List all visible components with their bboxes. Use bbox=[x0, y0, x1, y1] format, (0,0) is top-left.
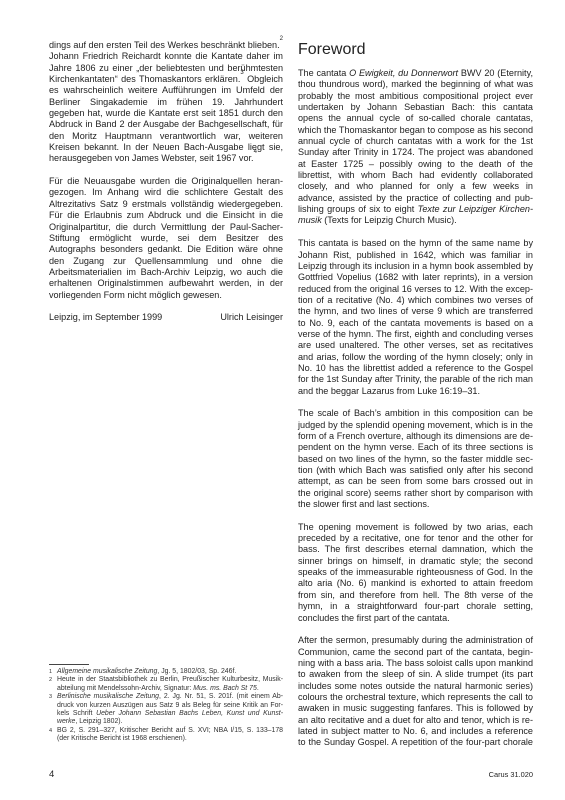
footnote-ref-2[interactable]: 2 bbox=[280, 36, 283, 42]
footnote-2: 2 Heute in der Staatsbibliothek zu Berli… bbox=[49, 676, 283, 693]
signature-line: Leipzig, im September 1999 Ulrich Leisin… bbox=[49, 312, 283, 323]
footnote-ref-4[interactable]: 4 bbox=[254, 149, 257, 155]
english-paragraph-1: The cantata O Ewigkeit, du Donnerwort BW… bbox=[298, 68, 533, 227]
english-paragraph-3: The scale of Bach’s ambition in this com… bbox=[298, 408, 533, 510]
text: The cantata bbox=[298, 68, 349, 78]
german-paragraph-2: Für die Neuausgabe wurden die Originalqu… bbox=[49, 176, 283, 301]
footnote-number: 1 bbox=[49, 668, 57, 676]
english-paragraph-4: The opening movement is followed by two … bbox=[298, 522, 533, 624]
page-number: 4 bbox=[49, 769, 54, 780]
source-title: Berlinische musikalische Zeitung bbox=[57, 693, 159, 700]
footnote-text: Allgemeine musikalische Zeitung, Jg. 5, … bbox=[57, 668, 283, 676]
footnote-divider bbox=[49, 664, 89, 665]
text: dings auf den ersten Teil des Werkes bes… bbox=[49, 40, 280, 50]
text: . bbox=[257, 685, 259, 692]
text: , Jg. 5, 1802/03, Sp. 246f. bbox=[157, 668, 236, 675]
shelfmark: Mus. ms. Bach St 75 bbox=[193, 685, 257, 692]
footnote-ref-3[interactable]: 3 bbox=[240, 70, 243, 76]
footnote-3: 3 Berlinische musikalische Zeitung, 2. J… bbox=[49, 693, 283, 727]
text: BWV 20 (Eter­nity, thou thundrous word),… bbox=[298, 68, 533, 214]
footnote-number: 2 bbox=[49, 676, 57, 693]
place-date: Leipzig, im September 1999 bbox=[49, 312, 162, 323]
text: , Leipzig 1802). bbox=[75, 718, 122, 725]
footnotes: 1 Allgemeine musikalische Zeitung, Jg. 5… bbox=[49, 664, 283, 744]
english-paragraph-2: This cantata is based on the hymn of the… bbox=[298, 238, 533, 397]
work-title: O Ewigkeit, du Donnerwort bbox=[349, 68, 458, 78]
footnote-text: BG 2, S. 291–327, Kritischer Bericht auf… bbox=[57, 727, 283, 744]
footnote-1: 1 Allgemeine musikalische Zeitung, Jg. 5… bbox=[49, 668, 283, 676]
german-paragraph-1: dings auf den ersten Teil des Werkes bes… bbox=[49, 40, 283, 165]
text: (Texts for Leipzig Church Music). bbox=[322, 215, 457, 225]
text: Obgleich es wahrscheinlich weitere Auffü… bbox=[49, 74, 283, 163]
section-heading: Foreword bbox=[298, 40, 533, 60]
footnote-text: Heute in der Staatsbibliothek zu Berlin,… bbox=[57, 676, 283, 693]
catalog-number: Carus 31.020 bbox=[489, 770, 533, 779]
footnote-number: 3 bbox=[49, 693, 57, 727]
footnote-text: Berlinische musikalische Zeitung, 2. Jg.… bbox=[57, 693, 283, 727]
author-name: Ulrich Leisinger bbox=[220, 312, 283, 323]
source-title: Allgemeine musikalische Zeitung bbox=[57, 668, 157, 675]
english-paragraph-5: After the sermon, presumably during the … bbox=[298, 635, 533, 748]
footnote-4: 4 BG 2, S. 291–327, Kritischer Bericht a… bbox=[49, 727, 283, 744]
left-column: dings auf den ersten Teil des Werkes bes… bbox=[49, 40, 283, 324]
right-column: Foreword The cantata O Ewigkeit, du Donn… bbox=[298, 40, 533, 760]
footnote-number: 4 bbox=[49, 727, 57, 744]
